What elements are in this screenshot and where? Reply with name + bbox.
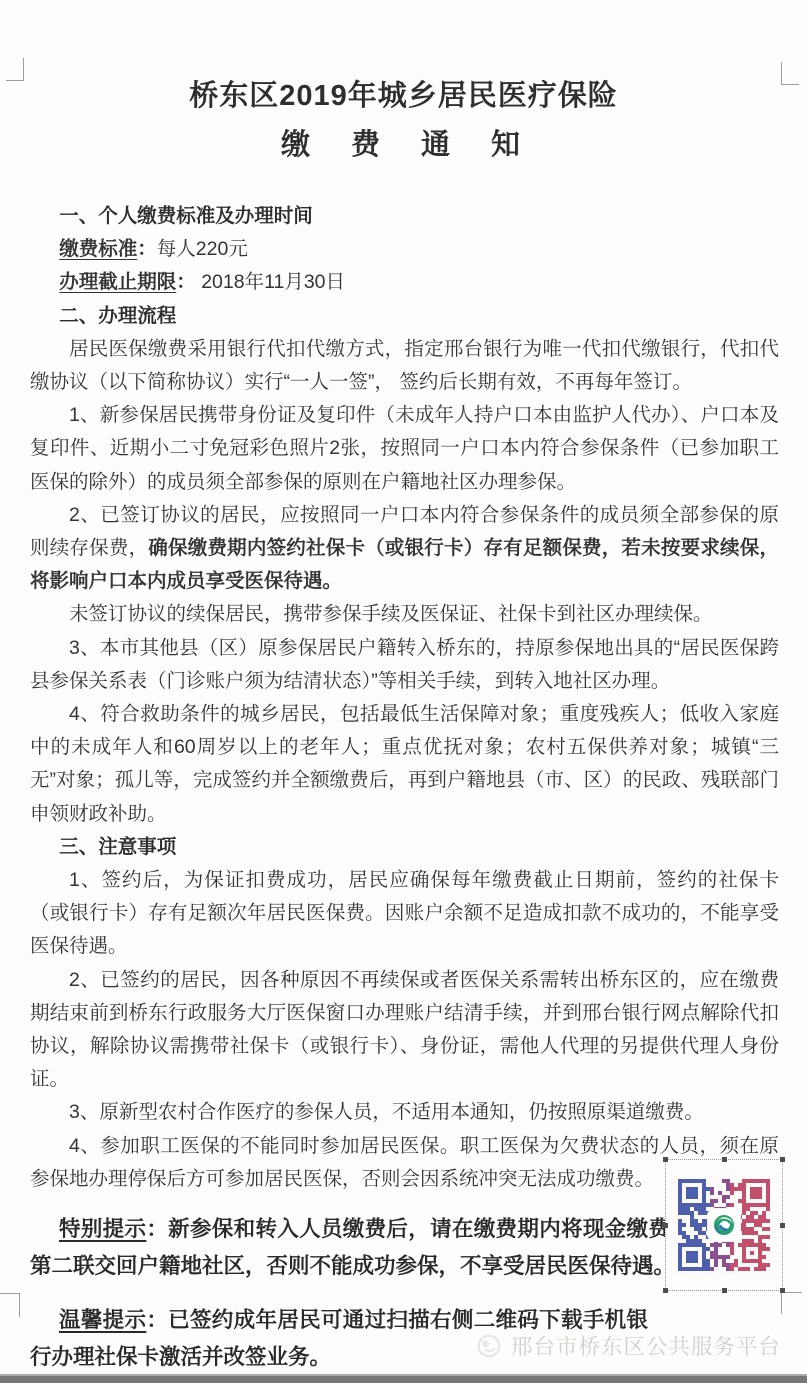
selection-handle: [663, 1223, 668, 1228]
public-service-platform-logo-icon: [476, 1333, 502, 1359]
crop-mark-top-left: [6, 58, 24, 81]
crop-mark-bottom-left: [0, 1293, 20, 1317]
body-paragraph: 居民医保缴费采用银行代扣代缴方式，指定邢台银行为唯一代扣代缴银行，代扣代缴协议（…: [30, 333, 779, 399]
section-heading-2: 二、办理流程: [30, 300, 779, 333]
selection-handle: [722, 1288, 727, 1293]
body-paragraph: 1、签约后，为保证扣费成功，居民应确保每年缴费截止日期前，签约的社保卡（或银行卡…: [30, 864, 779, 964]
body-paragraph: 4、符合救助条件的城乡居民，包括最低生活保障对象；重度残疾人；低收入家庭中的未成…: [30, 698, 779, 831]
section-heading-1: 一、个人缴费标准及办理时间: [30, 200, 779, 233]
document-title: 桥东区2019年城乡居民医疗保险 缴 费 通 知: [0, 0, 807, 170]
selection-handle: [780, 1288, 785, 1293]
body-paragraph: 3、本市其他县（区）原参保居民户籍转入桥东的，持原参保地出具的“居民医保跨县参保…: [30, 632, 779, 698]
selection-handle: [780, 1223, 785, 1228]
qr-code-selection-box: [665, 1159, 783, 1291]
body-paragraph: 3、原新型农村合作医疗的参保人员，不适用本通知，仍按照原渠道缴费。: [30, 1096, 779, 1129]
selection-handle: [663, 1288, 668, 1293]
qr-code-image: [674, 1175, 774, 1275]
crop-mark-bottom-right: [781, 1292, 802, 1314]
title-line-1: 桥东区2019年城乡居民医疗保险: [0, 72, 807, 121]
section-heading-3: 三、注意事项: [30, 831, 779, 864]
body-paragraph: 1、新参保居民携带身份证及复印件（未成年人持户口本由监护人代办）、户口本及复印件…: [30, 399, 779, 499]
crop-mark-top-right: [781, 62, 799, 85]
scanned-notice-document: 桥东区2019年城乡居民医疗保险 缴 费 通 知 一、个人缴费标准及办理时间缴费…: [0, 0, 807, 1383]
bank-logo-icon: [708, 1209, 740, 1241]
fee-standard-line: 缴费标准：每人220元: [30, 233, 779, 266]
body-paragraph: 2、已签订协议的居民，应按照同一户口本内符合参保条件的成员须全部参保的原则续存保…: [30, 499, 779, 599]
body-paragraph: 2、已签约的居民，因各种原因不再续保或者医保关系需转出桥东区的，应在缴费期结束前…: [30, 964, 779, 1097]
footer-platform-label: 邢台市桥东区公共服务平台: [511, 1330, 781, 1361]
selection-handle: [663, 1157, 668, 1162]
body-paragraph: 未签订协议的续保居民，携带参保手续及医保证、社保卡到社区办理续保。: [30, 598, 779, 631]
selection-handle: [722, 1157, 727, 1162]
selection-handle: [780, 1157, 785, 1162]
bottom-edge-bar: [0, 1374, 807, 1383]
title-line-2: 缴 费 通 知: [0, 121, 807, 170]
footer-watermark: 邢台市桥东区公共服务平台: [476, 1330, 781, 1361]
deadline-line: 办理截止期限： 2018年11月30日: [30, 266, 779, 299]
